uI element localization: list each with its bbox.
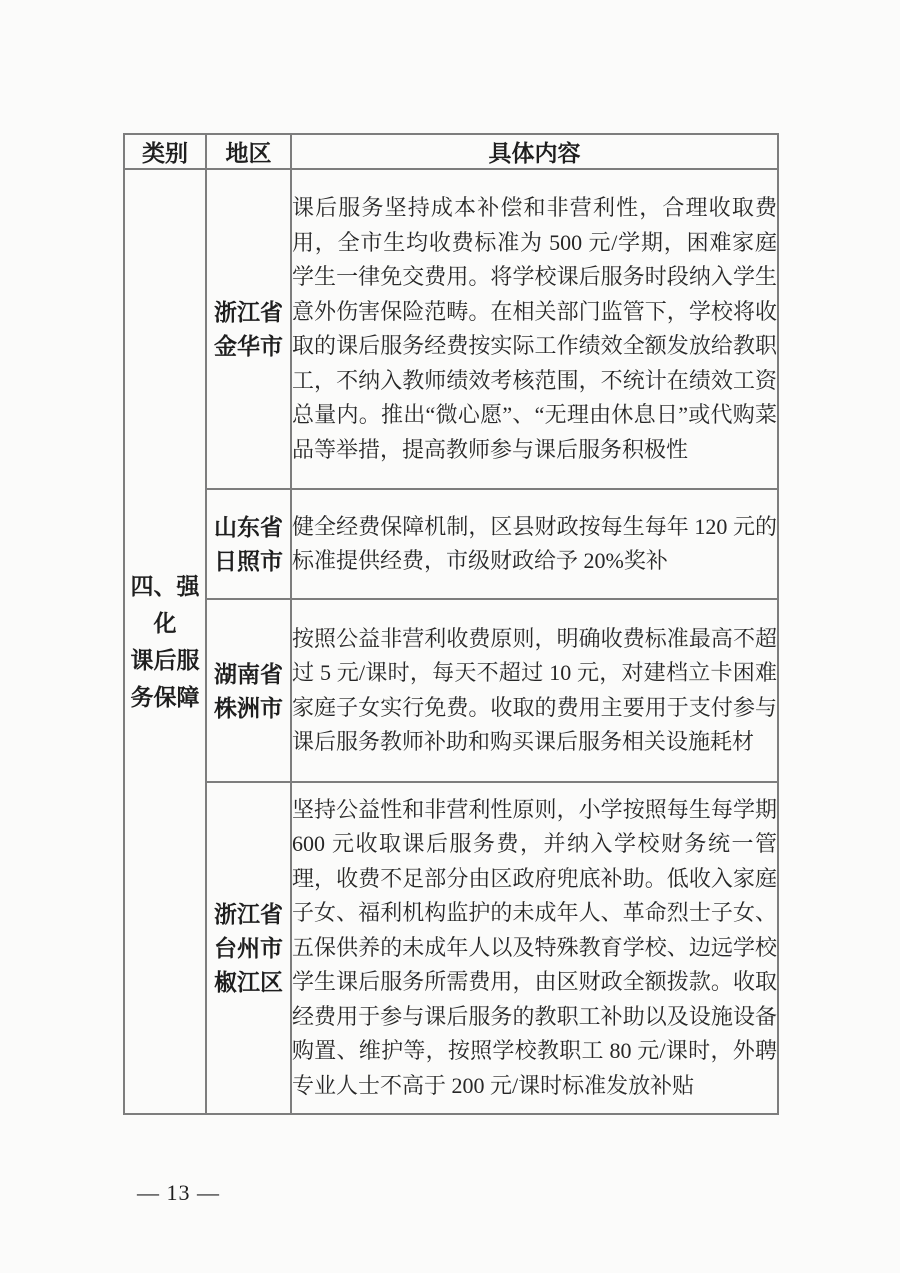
category-cell: 四、强化 课后服 务保障 [124, 169, 206, 1114]
content-cell: 健全经费保障机制，区县财政按每生每年 120 元的标准提供经费，市级财政给予 2… [291, 489, 778, 599]
content-text: 按照公益非营利收费原则，明确收费标准最高不超过 5 元/课时，每天不超过 10 … [292, 622, 777, 760]
region-label-line: 株洲市 [207, 691, 290, 725]
region-label-line: 浙江省 [207, 897, 290, 931]
page-number: — 13 — [137, 1180, 220, 1206]
category-label-line: 务保障 [125, 679, 205, 716]
header-cell-category: 类别 [124, 134, 206, 169]
header-cell-region: 地区 [206, 134, 291, 169]
region-cell-rizhao: 山东省 日照市 [206, 489, 291, 599]
content-cell: 坚持公益性和非营利性原则，小学按照每生每学期 600 元收取课后服务费，并纳入学… [291, 782, 778, 1114]
table-row: 湖南省 株洲市 按照公益非营利收费原则，明确收费标准最高不超过 5 元/课时，每… [124, 599, 778, 782]
table-row: 四、强化 课后服 务保障 浙江省 金华市 课后服务坚持成本补偿和非营利性，合理收… [124, 169, 778, 489]
content-text: 坚持公益性和非营利性原则，小学按照每生每学期 600 元收取课后服务费，并纳入学… [292, 793, 777, 1104]
content-table: 类别 地区 具体内容 四、强化 课后服 务保障 浙江省 金华市 课后服务坚持成本… [123, 133, 779, 1115]
content-text: 课后服务坚持成本补偿和非营利性，合理收取费用，全市生均收费标准为 500 元/学… [292, 191, 777, 467]
region-cell-zhuzhou: 湖南省 株洲市 [206, 599, 291, 782]
content-cell: 按照公益非营利收费原则，明确收费标准最高不超过 5 元/课时，每天不超过 10 … [291, 599, 778, 782]
region-label-line: 金华市 [207, 329, 290, 363]
region-cell-jinhua: 浙江省 金华市 [206, 169, 291, 489]
table-header-row: 类别 地区 具体内容 [124, 134, 778, 169]
region-label-line: 日照市 [207, 544, 290, 578]
content-cell: 课后服务坚持成本补偿和非营利性，合理收取费用，全市生均收费标准为 500 元/学… [291, 169, 778, 489]
category-label-line: 四、强化 [125, 568, 205, 642]
header-cell-content: 具体内容 [291, 134, 778, 169]
document-page: 类别 地区 具体内容 四、强化 课后服 务保障 浙江省 金华市 课后服务坚持成本… [0, 0, 900, 1273]
content-text: 健全经费保障机制，区县财政按每生每年 120 元的标准提供经费，市级财政给予 2… [292, 510, 777, 579]
region-label-line: 台州市 [207, 931, 290, 965]
region-label-line: 浙江省 [207, 295, 290, 329]
region-label-line: 山东省 [207, 510, 290, 544]
table-row: 浙江省 台州市 椒江区 坚持公益性和非营利性原则，小学按照每生每学期 600 元… [124, 782, 778, 1114]
table-row: 山东省 日照市 健全经费保障机制，区县财政按每生每年 120 元的标准提供经费，… [124, 489, 778, 599]
region-cell-jiaojiang: 浙江省 台州市 椒江区 [206, 782, 291, 1114]
region-label-line: 椒江区 [207, 965, 290, 999]
category-label-line: 课后服 [125, 642, 205, 679]
region-label-line: 湖南省 [207, 657, 290, 691]
